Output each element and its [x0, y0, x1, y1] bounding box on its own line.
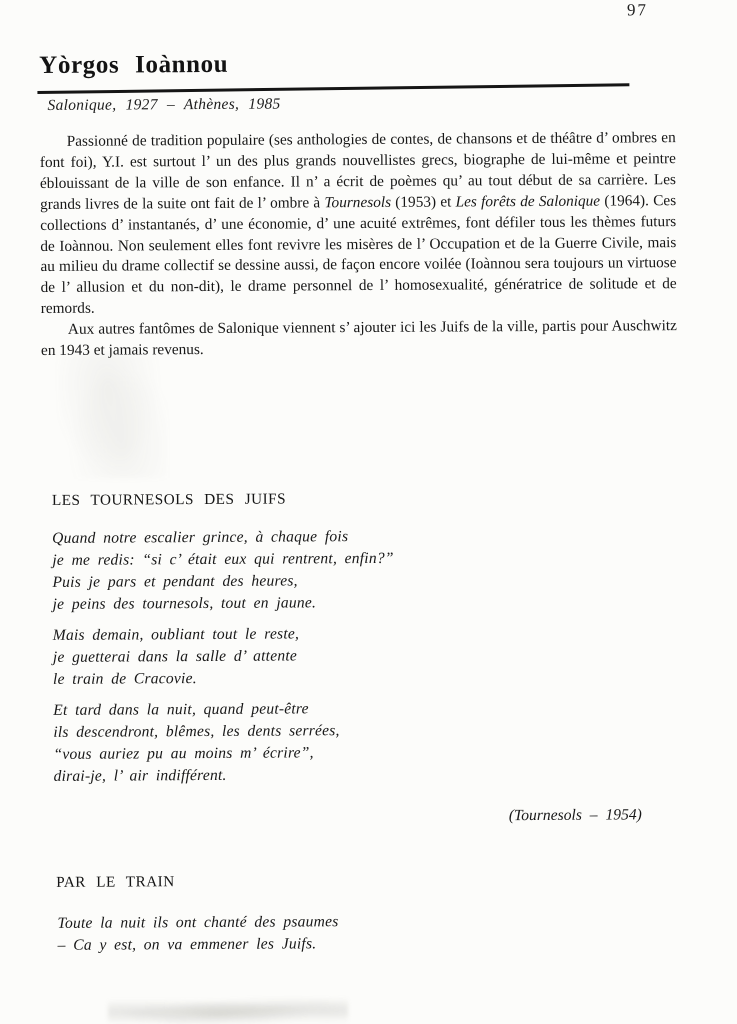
poem-title-les-tournesols-des-juifs: LES TOURNESOLS DES JUIFS — [52, 491, 286, 510]
poem-line: “vous auriez pu au moins m’ écrire”, — [53, 742, 339, 766]
poem-line: ils descendront, blêmes, les dents serré… — [53, 720, 339, 744]
poem-line: je me redis: “si c’ était eux qui rentre… — [52, 548, 394, 572]
page-subtitle: Salonique, 1927 – Athènes, 1985 — [47, 96, 280, 115]
italic-text: Les forêts de Salonique — [456, 192, 601, 210]
poem-line: Toute la nuit ils ont chanté des psaumes — [57, 911, 338, 935]
poem-line: Quand notre escalier grince, à chaque fo… — [52, 526, 394, 550]
poem-stanza: Quand notre escalier grince, à chaque fo… — [52, 526, 394, 616]
scan-smudge — [57, 353, 168, 479]
italic-text: Tournesols — [324, 194, 391, 211]
poem-title-par-le-train: PAR LE TRAIN — [56, 873, 175, 892]
page-title: Yòrgos Ioànnou — [39, 51, 228, 80]
bio-section: Passionné de tradition populaire (ses an… — [40, 128, 677, 362]
poem-line: Mais demain, oubliant tout le reste, — [53, 623, 299, 647]
bio-paragraph: Passionné de tradition populaire (ses an… — [40, 128, 677, 320]
book-page: 97 Yòrgos Ioànnou Salonique, 1927 – Athè… — [0, 0, 737, 1024]
body-text: Aux autres fantômes de Salonique viennen… — [41, 317, 677, 359]
poem-line: dirai-je, l’ air indifférent. — [54, 764, 340, 788]
poem-line: le train de Cracovie. — [53, 667, 299, 691]
scan-smudge — [108, 994, 348, 1024]
scan-content: 97 Yòrgos Ioànnou Salonique, 1927 – Athè… — [0, 0, 737, 1024]
poem-stanza: Et tard dans la nuit, quand peut-êtreils… — [53, 698, 340, 788]
poem-line: – Ca y est, on va emmener les Juifs. — [58, 933, 339, 957]
poem-attribution: (Tournesols – 1954) — [402, 806, 642, 825]
poem-stanza: Mais demain, oubliant tout le reste,je g… — [53, 623, 300, 691]
poem-line: Et tard dans la nuit, quand peut-être — [53, 698, 339, 722]
poem-line: je guetterai dans la salle d’ attente — [53, 645, 299, 669]
poem-line: je peins des tournesols, tout en jaune. — [52, 592, 394, 616]
body-text: (1953) et — [391, 193, 456, 210]
bio-paragraph: Aux autres fantômes de Salonique viennen… — [41, 316, 677, 362]
poem-stanza: Toute la nuit ils ont chanté des psaumes… — [57, 911, 338, 957]
poem-line: Puis je pars et pendant des heures, — [52, 570, 394, 594]
page-number: 97 — [627, 0, 648, 20]
title-rule — [37, 83, 629, 93]
